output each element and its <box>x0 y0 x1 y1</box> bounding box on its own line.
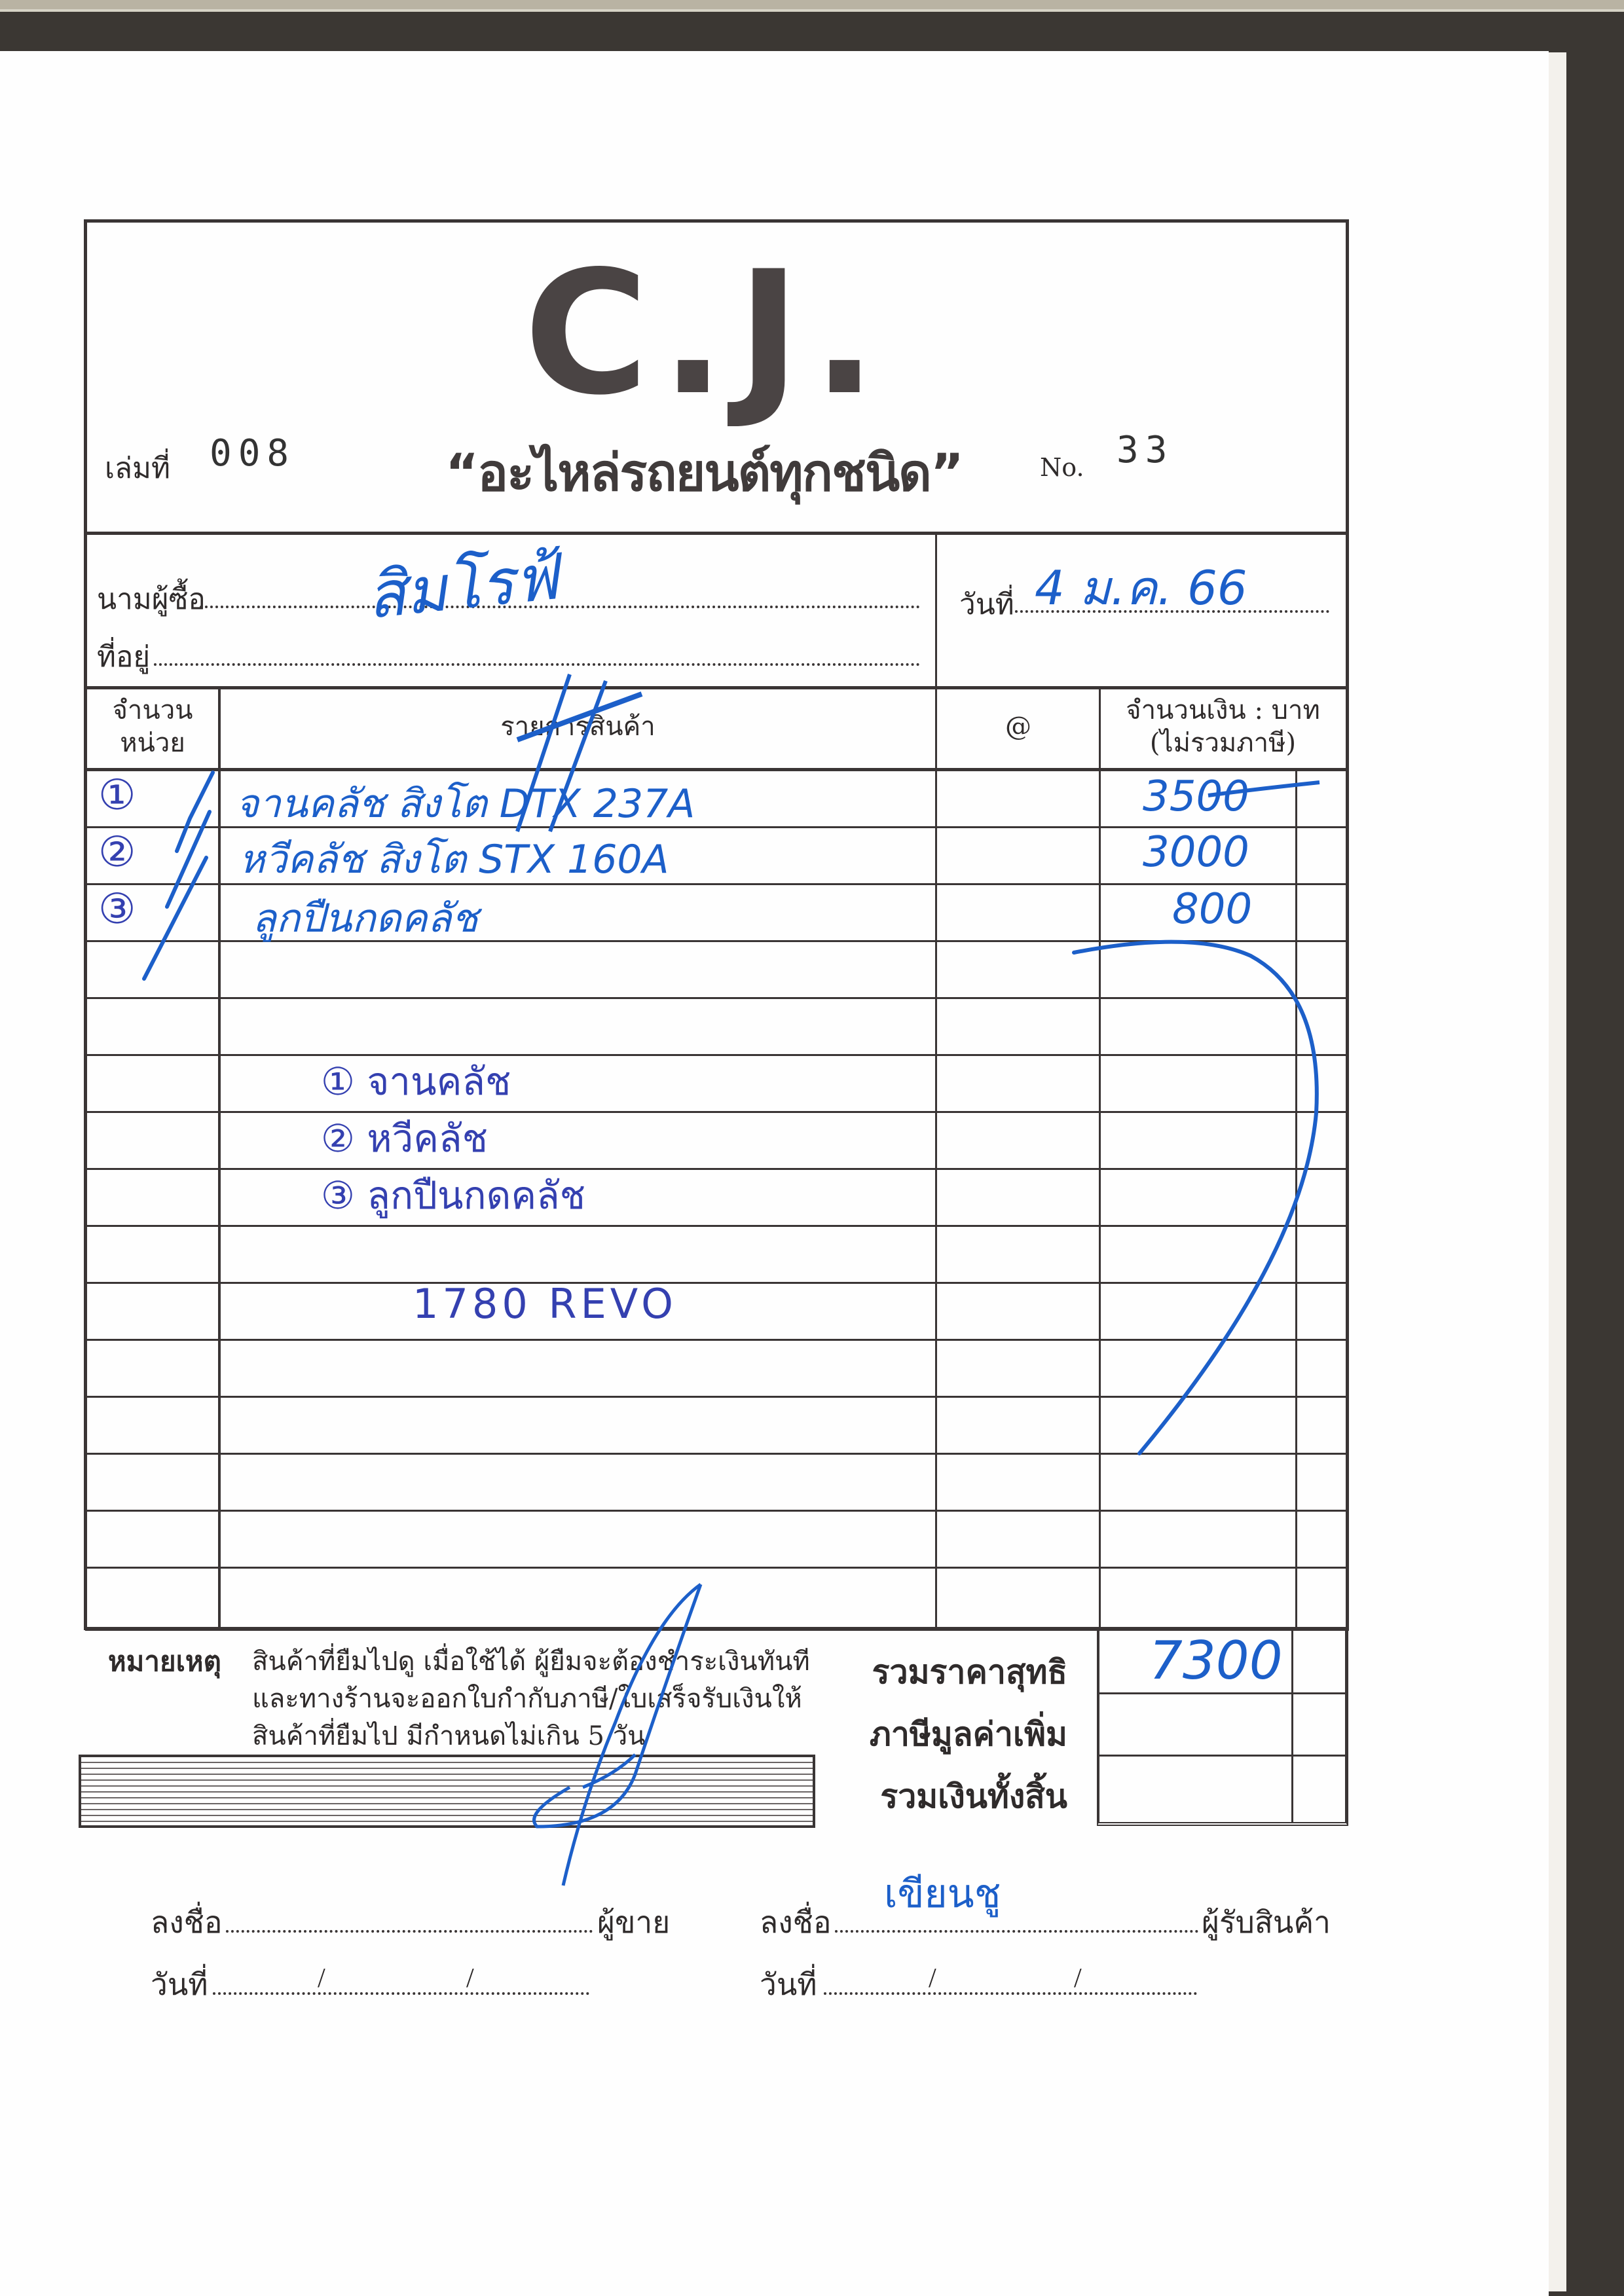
totals-satang-divider <box>1291 1629 1293 1822</box>
row-line <box>85 1567 1346 1569</box>
note-line: ② หวีคลัช <box>321 1108 488 1169</box>
row-qty: ③ <box>98 885 136 934</box>
row-qty: ① <box>98 771 136 820</box>
date-label: วันที่ <box>959 581 1014 627</box>
seller-sign-label: ลงชื่อ <box>151 1899 223 1946</box>
col-desc-divider <box>935 687 937 1630</box>
totals-row-line <box>1097 1692 1346 1694</box>
receiver-date-sep-1: / <box>929 1963 936 1994</box>
receiver-role: ผู้รับสินค้า <box>1202 1899 1331 1946</box>
seller-date-sep-2: / <box>466 1963 474 1994</box>
buyer-name-label: นามผู้ซื้อ <box>97 576 206 622</box>
address-line[interactable] <box>154 663 920 666</box>
seller-date-label: วันที่ <box>151 1961 208 2009</box>
row-line <box>85 1510 1346 1512</box>
bracket-stroke-icon <box>1061 917 1336 1460</box>
header-divider <box>85 532 1349 535</box>
receiver-sign-label: ลงชื่อ <box>760 1899 832 1946</box>
table-header-bottom <box>85 768 1349 771</box>
seller-signature-icon <box>485 1578 720 1892</box>
receipt-number: 33 <box>1116 429 1173 471</box>
receiver-date-label: วันที่ <box>760 1961 817 2009</box>
note-line: ① จานคลัช <box>321 1051 511 1112</box>
book-number: 008 <box>210 432 295 475</box>
frame-right <box>1346 219 1349 1630</box>
frame-top <box>85 219 1349 223</box>
seller-date-line[interactable] <box>213 1992 589 1995</box>
seller-role: ผู้ขาย <box>597 1899 670 1946</box>
unit-price-header: @ <box>936 710 1100 743</box>
date-value[interactable]: 4 ม.ค. 66 <box>1035 550 1247 625</box>
row-qty: ② <box>98 828 136 877</box>
book-label: เล่มที่ <box>105 445 170 491</box>
signature-stroke-icon <box>354 668 681 838</box>
company-logo: C.J. <box>524 249 889 419</box>
grand-total-label: รวมเงินทั้งสิ้น <box>880 1771 1067 1823</box>
row-amount: 3000 <box>1143 828 1249 877</box>
frame-left <box>84 219 87 1630</box>
receiver-sign-line[interactable] <box>835 1930 1198 1933</box>
net-total-value[interactable]: 7300 <box>1149 1630 1283 1691</box>
vat-value[interactable] <box>1107 1699 1290 1751</box>
amount-header: จำนวนเงิน : บาท (ไม่รวมภาษี) <box>1100 694 1346 759</box>
buyer-name-value[interactable]: สิมโรฟ้ <box>362 527 563 646</box>
seller-date-sep-1: / <box>318 1963 325 1994</box>
totals-labels: รวมราคาสุทธิ ภาษีมูลค่าเพิ่ม รวมเงินทั้ง… <box>851 1640 1067 1830</box>
remarks-label: หมายเหตุ <box>108 1640 221 1683</box>
vat-label: ภาษีมูลค่าเพิ่ม <box>870 1709 1067 1760</box>
row-description: ลูกปืนกดคลัช <box>252 887 478 949</box>
no-label: No. <box>1040 453 1084 482</box>
net-total-label: รวมราคาสุทธิ <box>872 1647 1067 1698</box>
receiver-date-sep-2: / <box>1074 1963 1082 1994</box>
table-header-top <box>85 686 1349 689</box>
scanner-edge-top <box>0 0 1624 12</box>
receiver-date-line[interactable] <box>824 1992 1197 1995</box>
note-line: 1780 REVO <box>413 1280 677 1328</box>
note-line: ③ ลูกปืนกดคลัช <box>321 1165 585 1226</box>
seller-sign-line[interactable] <box>226 1930 593 1933</box>
receiver-name: เขียนชู <box>884 1863 1001 1925</box>
company-slogan: “อะไหล่รถยนต์ทุกชนิด” <box>445 432 963 513</box>
tick-marks-icon <box>131 766 236 982</box>
totals-row-line <box>1097 1755 1346 1757</box>
grand-total-value[interactable] <box>1107 1761 1290 1813</box>
address-label: ที่อยู่ <box>97 634 150 680</box>
strikethrough-icon <box>1205 776 1323 802</box>
customer-date-divider <box>935 534 937 687</box>
qty-header: จำนวน หน่วย <box>87 694 218 759</box>
